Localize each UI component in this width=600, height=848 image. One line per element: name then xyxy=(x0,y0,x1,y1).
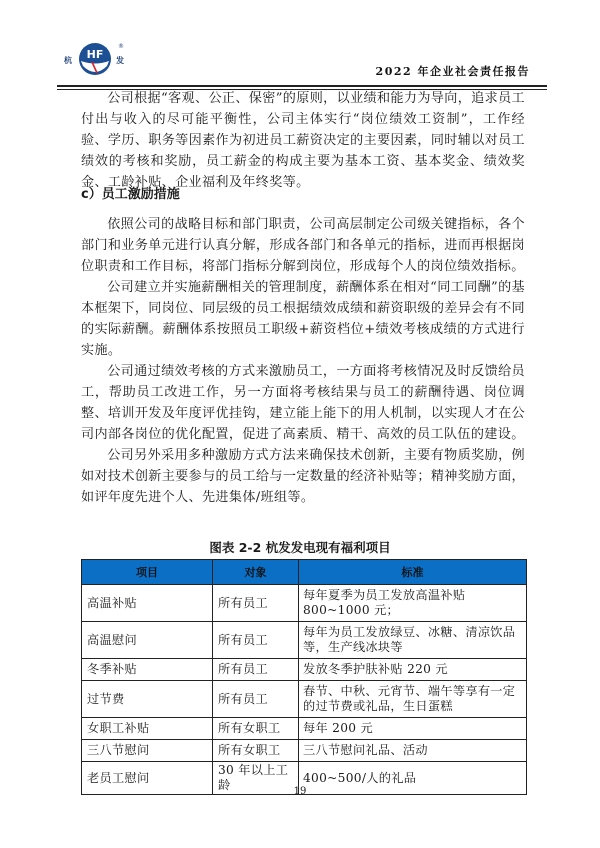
column-header-item: 项目 xyxy=(82,560,213,585)
column-header-standard: 标准 xyxy=(299,560,527,585)
table-row: 冬季补贴 所有员工 发放冬季护肤补贴 220 元 xyxy=(82,659,527,681)
table-row: 高温慰问 所有员工 每年为员工发放绿豆、冰糖、清凉饮品等，生产线冰块等 xyxy=(82,622,527,659)
welfare-table: 项目 对象 标准 高温补贴 所有员工 每年夏季为员工发放高温补贴 800~100… xyxy=(81,559,527,795)
cell-target: 所有员工 xyxy=(213,585,299,622)
registered-mark: ® xyxy=(118,43,124,50)
cell-standard: 每年为员工发放绿豆、冰糖、清凉饮品等，生产线冰块等 xyxy=(299,622,527,659)
cell-item: 过节费 xyxy=(82,681,213,718)
cell-target: 所有员工 xyxy=(213,622,299,659)
cell-item: 三八节慰问 xyxy=(82,740,213,762)
cell-standard: 发放冬季护肤补贴 220 元 xyxy=(299,659,527,681)
cell-target: 所有女职工 xyxy=(213,718,299,740)
cell-standard: 三八节慰问礼品、活动 xyxy=(299,740,527,762)
intro-text-block: 公司根据“客观、公正、保密”的原则，以业绩和能力为导向，追求员工付出与收入的尽可… xyxy=(81,88,525,193)
svg-text:HF: HF xyxy=(87,48,104,61)
paragraph-compensation: 公司建立并实施薪酬相关的管理制度，薪酬体系在相对“同工同酬”的基本框架下，同岗位… xyxy=(81,277,525,361)
cell-target: 所有员工 xyxy=(213,659,299,681)
section-heading: c）员工激励措施 xyxy=(81,183,180,202)
logo-right-char: 发 xyxy=(116,55,124,66)
cell-standard: 每年夏季为员工发放高温补贴 800~1000 元； xyxy=(299,585,527,622)
cell-item: 高温补贴 xyxy=(82,585,213,622)
document-page: 杭 HF 发 ® 2022 年企业社会责任报告 公司根据“客观、公正、保密”的原… xyxy=(0,0,600,848)
paragraph-salary-principles: 公司根据“客观、公正、保密”的原则，以业绩和能力为导向，追求员工付出与收入的尽可… xyxy=(81,88,525,193)
page-number: 19 xyxy=(0,786,600,797)
table-row: 过节费 所有员工 春节、中秋、元宵节、端午等享有一定的过节费或礼品，生日蛋糕 xyxy=(82,681,527,718)
paragraph-kpi: 依照公司的战略目标和部门职责，公司高层制定公司级关键指标，各个部门和业务单元进行… xyxy=(81,214,525,277)
column-header-target: 对象 xyxy=(213,560,299,585)
paragraph-innovation: 公司另外采用多种激励方式方法来确保技术创新，主要有物质奖励，例如对技术创新主要参… xyxy=(81,445,525,508)
report-title: 2022 年企业社会责任报告 xyxy=(376,63,530,79)
cell-standard: 每年 200 元 xyxy=(299,718,527,740)
cell-target: 所有员工 xyxy=(213,681,299,718)
table-header-row: 项目 对象 标准 xyxy=(82,560,527,585)
cell-item: 冬季补贴 xyxy=(82,659,213,681)
cell-item: 高温慰问 xyxy=(82,622,213,659)
incentive-text-block: 依照公司的战略目标和部门职责，公司高层制定公司级关键指标，各个部门和业务单元进行… xyxy=(81,214,525,508)
cell-standard: 春节、中秋、元宵节、端午等享有一定的过节费或礼品，生日蛋糕 xyxy=(299,681,527,718)
cell-item: 女职工补贴 xyxy=(82,718,213,740)
table-row: 高温补贴 所有员工 每年夏季为员工发放高温补贴 800~1000 元； xyxy=(82,585,527,622)
hf-emblem-icon: HF xyxy=(78,42,112,76)
header-rule-thick xyxy=(57,85,547,87)
logo-left-char: 杭 xyxy=(64,55,72,66)
table-row: 女职工补贴 所有女职工 每年 200 元 xyxy=(82,718,527,740)
company-logo: 杭 HF 发 ® xyxy=(64,40,126,76)
paragraph-performance: 公司通过绩效考核的方式来激励员工，一方面将考核情况及时反馈给员工，帮助员工改进工… xyxy=(81,361,525,445)
cell-target: 所有女职工 xyxy=(213,740,299,762)
table-caption: 图表 2-2 杭发发电现有福利项目 xyxy=(0,538,600,556)
table-row: 三八节慰问 所有女职工 三八节慰问礼品、活动 xyxy=(82,740,527,762)
